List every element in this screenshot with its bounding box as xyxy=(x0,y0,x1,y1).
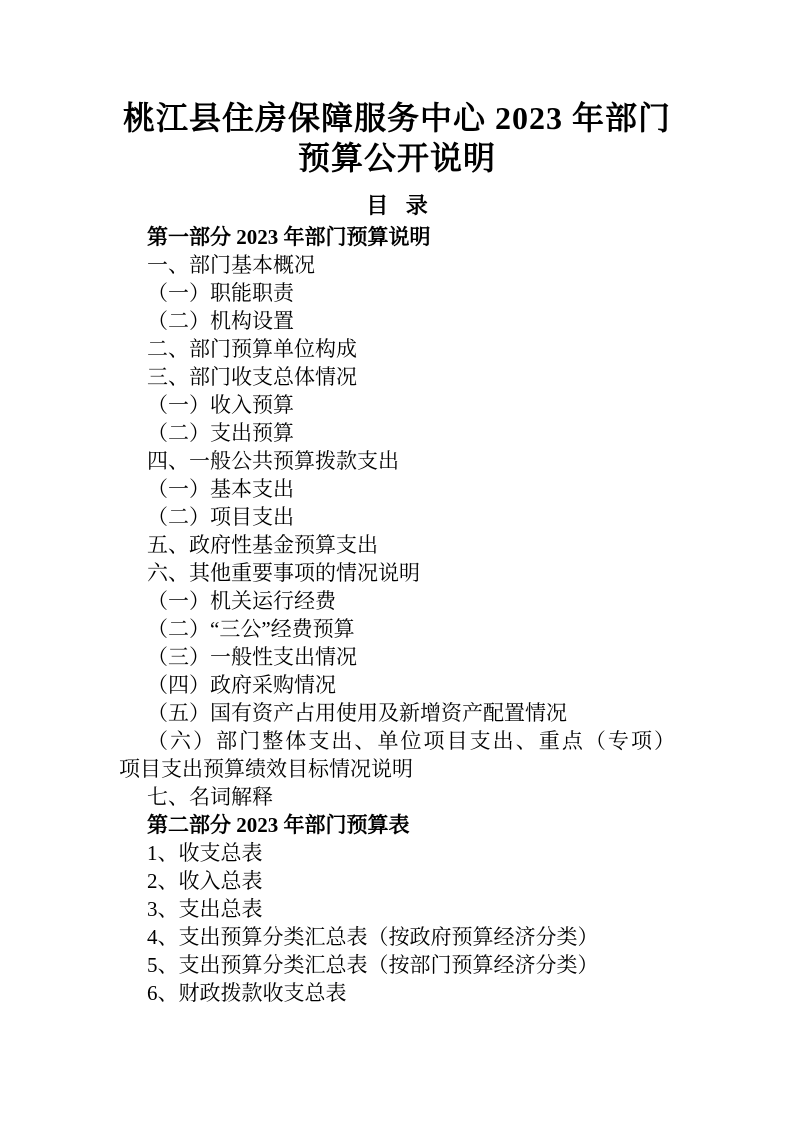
page-title-line-2: 预算公开说明 xyxy=(119,138,675,178)
toc-list: 第一部分 2023 年部门预算说明一、部门基本概况（一）职能职责（二）机构设置二… xyxy=(119,223,675,1007)
toc-heading: 目 录 xyxy=(119,192,675,220)
toc-entry: 二、部门预算单位构成 xyxy=(119,335,675,363)
toc-entry: 三、部门收支总体情况 xyxy=(119,363,675,391)
toc-entry: （二）项目支出 xyxy=(119,503,675,531)
toc-entry: （二）“三公”经费预算 xyxy=(119,615,675,643)
toc-entry: （六）部门整体支出、单位项目支出、重点（专项） xyxy=(119,727,675,755)
toc-entry: 3、支出总表 xyxy=(119,895,675,923)
toc-entry: （一）收入预算 xyxy=(119,391,675,419)
page-title: 桃江县住房保障服务中心 2023 年部门 预算公开说明 xyxy=(119,98,675,178)
page-title-line-1: 桃江县住房保障服务中心 2023 年部门 xyxy=(119,98,675,138)
toc-entry: （五）国有资产占用使用及新增资产配置情况 xyxy=(119,699,675,727)
toc-entry: （一）机关运行经费 xyxy=(119,587,675,615)
toc-entry: 五、政府性基金预算支出 xyxy=(119,531,675,559)
toc-entry: 2、收入总表 xyxy=(119,867,675,895)
toc-entry: 六、其他重要事项的情况说明 xyxy=(119,559,675,587)
toc-entry: 5、支出预算分类汇总表（按部门预算经济分类） xyxy=(119,951,675,979)
toc-entry: （三）一般性支出情况 xyxy=(119,643,675,671)
toc-entry: 七、名词解释 xyxy=(119,783,675,811)
toc-entry: 4、支出预算分类汇总表（按政府预算经济分类） xyxy=(119,923,675,951)
toc-entry: 第一部分 2023 年部门预算说明 xyxy=(119,223,675,251)
toc-entry: （一）职能职责 xyxy=(119,279,675,307)
toc-entry: （二）支出预算 xyxy=(119,419,675,447)
toc-entry: 项目支出预算绩效目标情况说明 xyxy=(119,755,675,783)
toc-entry: （四）政府采购情况 xyxy=(119,671,675,699)
toc-entry: 一、部门基本概况 xyxy=(119,251,675,279)
toc-entry: （二）机构设置 xyxy=(119,307,675,335)
toc-entry: （一）基本支出 xyxy=(119,475,675,503)
document-page: 桃江县住房保障服务中心 2023 年部门 预算公开说明 目 录 第一部分 202… xyxy=(0,0,794,1122)
toc-entry: 1、收支总表 xyxy=(119,839,675,867)
toc-entry: 6、财政拨款收支总表 xyxy=(119,979,675,1007)
toc-entry: 四、一般公共预算拨款支出 xyxy=(119,447,675,475)
toc-entry: 第二部分 2023 年部门预算表 xyxy=(119,811,675,839)
